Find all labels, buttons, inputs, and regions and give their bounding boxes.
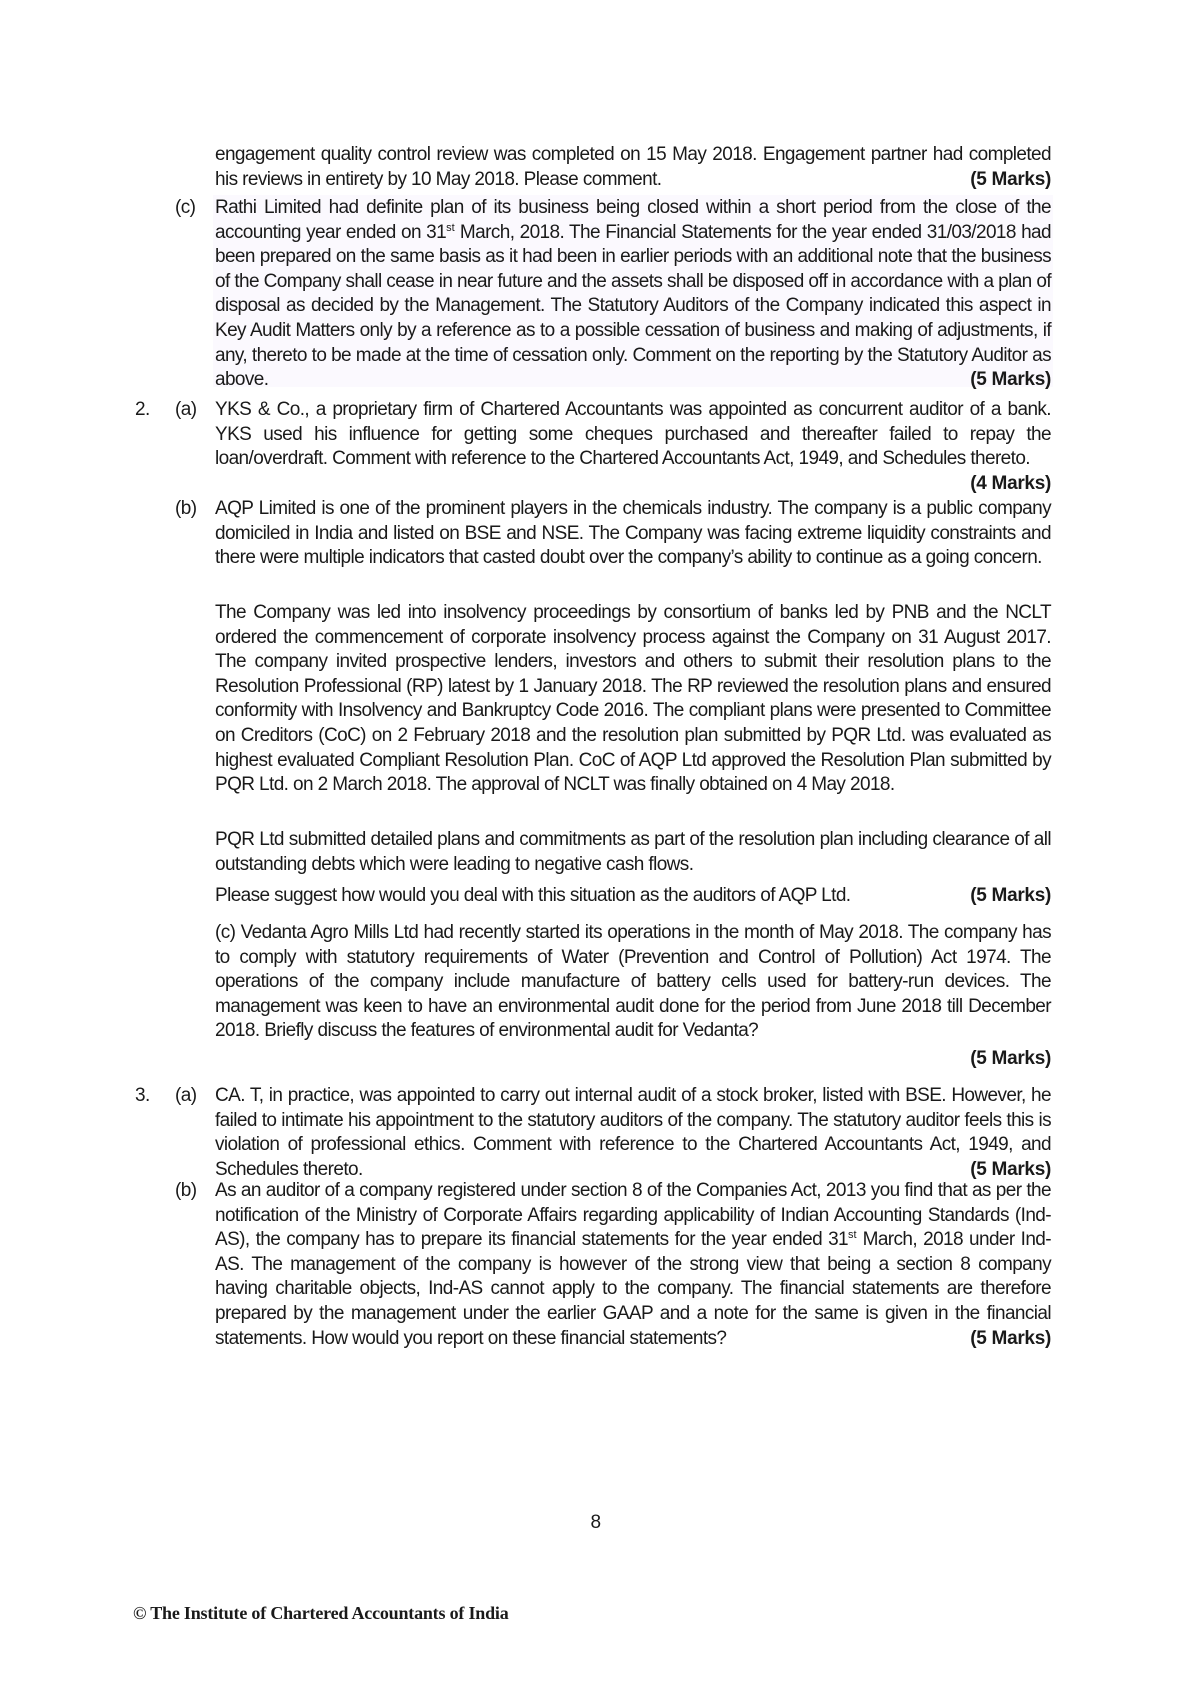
question-2b-para3: PQR Ltd submitted detailed plans and com… <box>215 828 1051 877</box>
question-2a-text: YKS & Co., a proprietary firm of Charter… <box>215 398 1051 472</box>
marks-label: (5 Marks) <box>970 1327 1051 1352</box>
superscript: st <box>848 1229 857 1241</box>
paragraph: The Company was led into insolvency proc… <box>215 601 1051 798</box>
marks-label: (5 Marks) <box>970 168 1051 193</box>
continuation-body: engagement quality control review was co… <box>215 144 1051 190</box>
text-part: CA. T, in practice, was appointed to car… <box>215 1085 1051 1180</box>
item-label: (b) <box>175 1179 196 1204</box>
question-2b: AQP Limited is one of the prominent play… <box>215 497 1051 571</box>
copyright-footer: © The Institute of Chartered Accountants… <box>133 1603 509 1624</box>
marks-label: (5 Marks) <box>970 1048 1051 1069</box>
text-part: March, 2018. The Financial Statements fo… <box>215 222 1051 391</box>
question-number: 3. <box>135 1084 150 1109</box>
continuation-text: engagement quality control review was co… <box>215 143 1051 192</box>
paragraph: Please suggest how would you deal with t… <box>215 884 1051 909</box>
marks-label: (4 Marks) <box>970 472 1051 497</box>
question-3b-text: As an auditor of a company registered un… <box>215 1179 1051 1351</box>
paragraph: PQR Ltd submitted detailed plans and com… <box>215 828 1051 877</box>
question-3a-text: CA. T, in practice, was appointed to car… <box>215 1084 1051 1182</box>
superscript: st <box>446 222 455 234</box>
marks-label: (5 Marks) <box>970 368 1051 393</box>
question-1c-text: Rathi Limited had definite plan of its b… <box>215 196 1051 393</box>
document-page: engagement quality control review was co… <box>0 0 1191 1683</box>
question-number: 2. <box>135 398 150 423</box>
question-2b-para4: Please suggest how would you deal with t… <box>215 884 1051 909</box>
item-label: (c) <box>175 196 195 221</box>
question-3b: As an auditor of a company registered un… <box>215 1179 1051 1351</box>
marks-label: (5 Marks) <box>970 884 1051 909</box>
question-2b-para2: The Company was led into insolvency proc… <box>215 601 1051 798</box>
question-1b-continuation: engagement quality control review was co… <box>215 143 1051 192</box>
item-label: (a) <box>175 398 196 423</box>
question-2a: YKS & Co., a proprietary firm of Charter… <box>215 398 1051 496</box>
paragraph: (c) Vedanta Agro Mills Ltd had recently … <box>215 921 1051 1044</box>
paragraph: AQP Limited is one of the prominent play… <box>215 497 1051 571</box>
question-1c: Rathi Limited had definite plan of its b… <box>215 196 1051 393</box>
question-2c: (c) Vedanta Agro Mills Ltd had recently … <box>215 921 1051 1044</box>
item-label: (b) <box>175 497 196 522</box>
text-part: Please suggest how would you deal with t… <box>215 885 850 906</box>
question-2c-marks-row: (5 Marks) <box>215 1047 1051 1072</box>
text-part: YKS & Co., a proprietary firm of Charter… <box>215 399 1051 469</box>
page-number: 8 <box>0 1512 1191 1534</box>
question-3a: CA. T, in practice, was appointed to car… <box>215 1084 1051 1182</box>
item-label: (a) <box>175 1084 196 1109</box>
